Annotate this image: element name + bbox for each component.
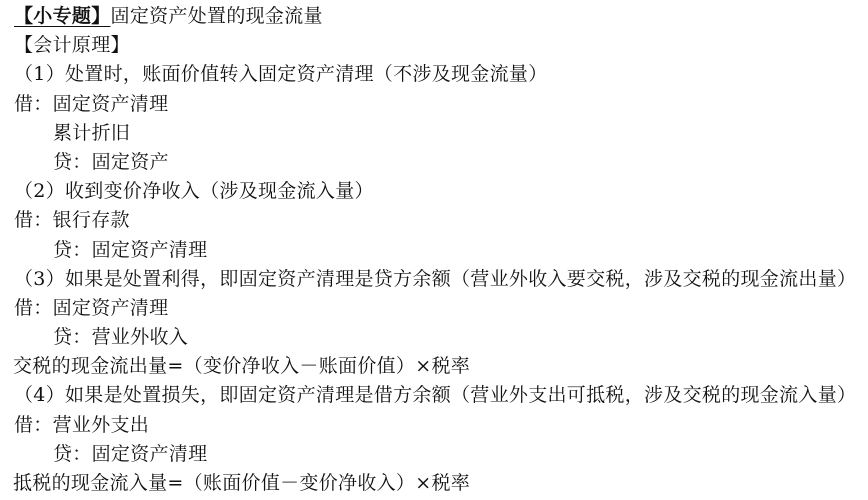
step-2-heading: （2）收到变价净收入（涉及现金流入量）: [0, 177, 868, 206]
page-title: 【小专题】固定资产处置的现金流量: [0, 2, 868, 31]
document-body: 【小专题】固定资产处置的现金流量 【会计原理】 （1）处置时，账面价值转入固定资…: [0, 2, 868, 498]
journal-debit-line: 借：固定资产清理: [0, 90, 868, 119]
journal-debit-line: 借：银行存款: [0, 206, 868, 235]
step-1-heading: （1）处置时，账面价值转入固定资产清理（不涉及现金流量）: [0, 60, 868, 89]
journal-credit-line: 贷：固定资产: [0, 148, 868, 177]
section-heading: 【会计原理】: [0, 31, 868, 60]
journal-credit-line: 贷：营业外收入: [0, 323, 868, 352]
journal-debit-line: 借：固定资产清理: [0, 294, 868, 323]
title-text: 固定资产处置的现金流量: [111, 5, 323, 27]
journal-credit-line: 贷：固定资产清理: [0, 440, 868, 469]
title-tag: 【小专题】: [10, 5, 111, 27]
journal-debit-line: 借：营业外支出: [0, 411, 868, 440]
journal-credit-line: 贷：固定资产清理: [0, 236, 868, 265]
journal-debit-continuation-line: 累计折旧: [0, 119, 868, 148]
step-3-heading: （3）如果是处置利得，即固定资产清理是贷方余额（营业外收入要交税，涉及交税的现金…: [0, 265, 868, 294]
tax-outflow-formula: 交税的现金流出量=（变价净收入－账面价值）×税率: [0, 352, 868, 381]
tax-inflow-formula: 抵税的现金流入量=（账面价值－变价净收入）×税率: [0, 469, 868, 498]
step-4-heading: （4）如果是处置损失，即固定资产清理是借方余额（营业外支出可抵税，涉及交税的现金…: [0, 381, 868, 410]
